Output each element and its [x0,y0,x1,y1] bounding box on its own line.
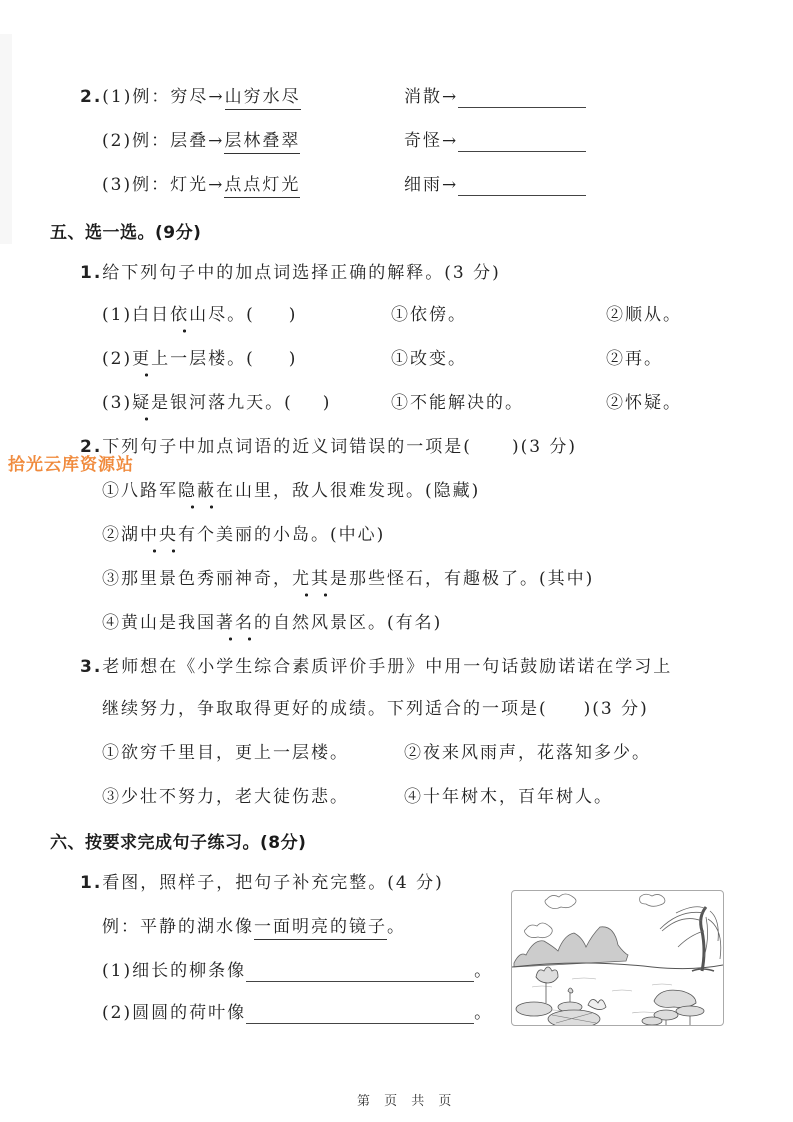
item-text: 白日 [132,305,170,325]
row-prefix: (1)例： [102,87,170,107]
source-word: 灯光 [170,175,208,195]
option-text: ②湖 [102,525,140,545]
s5-q2-option-4: ④黄山是我国著名的自然风景区。(有名) [102,612,442,642]
item-text: 是银河落九天。( [151,393,293,413]
idiom-row-3: (3)例：灯光→点点灯光 [102,174,300,196]
answer-blank[interactable] [458,177,586,196]
lake-scene-drawing [512,891,723,1025]
question-text: 下列句子中加点词语的近义词错误的一项是( [102,437,472,457]
s5-q2-option-2: ②湖中央有个美丽的小岛。(中心) [102,524,385,554]
example-idiom: 层林叠翠 [224,131,300,154]
question-text: 看图，照样子，把句子补充完整。(4 分) [102,873,443,893]
example-idiom: 山穷水尽 [225,87,301,110]
s5-q3-line-1: 3.老师想在《小学生综合素质评价手册》中用一句话鼓励诺诺在学习上 [80,656,672,678]
option-text: ④黄山是我国 [102,613,216,633]
dotted-word: 尤其 [292,568,330,598]
s5-q3-option-3: ③少壮不努力，老大徒伤悲。 [102,786,349,808]
arrow-icon: → [208,87,224,107]
s5-q2-prompt: 2.下列句子中加点词语的近义词错误的一项是()(3 分) [80,436,577,458]
question-number: 2. [80,87,102,107]
option-2: ②顺从。 [606,304,682,326]
paren-close: ) [289,305,298,325]
arrow-icon: → [442,131,458,151]
item-label: (3) [102,393,132,413]
idiom-task-2: 奇怪→ [404,130,586,152]
item-text: 山尽。( [189,305,255,325]
idiom-row-1: 2.(1)例：穷尽→山穷水尽 [80,86,301,108]
option-text: 有个美丽的小岛。(中心) [178,525,385,545]
paren-close: ) [323,393,332,413]
s6-example: 例：平静的湖水像一面明亮的镜子。 [102,916,406,938]
option-2: ②怀疑。 [606,392,682,414]
period: 。 [474,961,493,981]
s5-q2-option-1: ①八路军隐蔽在山里，敌人很难发现。(隐藏) [102,480,480,510]
s6-item-1: (1)细长的柳条像。 [102,960,493,982]
source-word: 层叠 [170,131,208,151]
option-2: ②再。 [606,348,663,370]
arrow-icon: → [442,175,458,195]
arrow-icon: → [208,131,224,151]
question-number: 1. [80,263,102,283]
item-prefix: (1)细长的柳条像 [102,961,246,981]
source-word: 穷尽 [170,87,208,107]
question-number: 1. [80,873,102,893]
answer-blank[interactable] [458,89,586,108]
section-6-title: 六、按要求完成句子练习。(8分) [50,828,306,853]
row-prefix: (3)例： [102,175,170,195]
item-prefix: (2)圆圆的荷叶像 [102,1003,246,1023]
task-word: 奇怪 [404,131,442,151]
s5-q3-option-2: ②夜来风雨声，花落知多少。 [404,742,651,764]
lake-scene-illustration [511,890,724,1026]
s6-item-2: (2)圆圆的荷叶像。 [102,1002,493,1024]
idiom-row-2: (2)例：层叠→层林叠翠 [102,130,300,152]
option-1: ①不能解决的。 [391,392,524,414]
idiom-task-3: 细雨→ [404,174,586,196]
question-number: 2. [80,437,102,457]
score-label: )(3 分) [584,699,649,719]
example-prefix: 例：平静的湖水像 [102,917,254,937]
answer-blank[interactable] [458,133,586,152]
option-text: 在山里，敌人很难发现。(隐藏) [216,481,480,501]
arrow-icon: → [208,175,224,195]
item-text: 上一层楼。( [151,349,255,369]
score-label: )(3 分) [512,437,577,457]
s5-q3-line-2: 继续努力，争取取得更好的成绩。下列适合的一项是()(3 分) [102,698,649,720]
paren-close: ) [289,349,298,369]
question-text: 继续努力，争取取得更好的成绩。下列适合的一项是( [102,699,548,719]
idiom-task-1: 消散→ [404,86,586,108]
dotted-word: 更 [132,348,151,378]
dotted-chars: 隐蔽 [178,480,216,510]
option-text: 是那些怪石，有趣极了。(其中) [330,569,594,589]
s5-q3-option-4: ④十年树木，百年树人。 [404,786,613,808]
s5-q3-option-1: ①欲穷千里目，更上一层楼。 [102,742,349,764]
option-text: ③那里景色秀丽神奇， [102,569,292,589]
dotted-word: 中央 [140,524,178,554]
s6-q1-prompt: 1.看图，照样子，把句子补充完整。(4 分) [80,872,444,894]
option-text: ①八路军 [102,481,178,501]
question-text: 老师想在《小学生综合素质评价手册》中用一句话鼓励诺诺在学习上 [102,657,672,677]
dotted-word: 隐蔽 [178,481,216,501]
task-word: 细雨 [404,175,442,195]
item-label: (1) [102,305,132,325]
period: 。 [474,1003,493,1023]
s5-q1-item-1: (1)白日依山尽。() [102,304,297,334]
arrow-icon: → [442,87,458,107]
s5-q1-item-3: (3)疑是银河落九天。() [102,392,331,422]
task-word: 消散 [404,87,442,107]
dotted-word: 著名 [216,612,254,642]
item-label: (2) [102,349,132,369]
s5-q1-item-2: (2)更上一层楼。() [102,348,297,378]
question-text: 给下列句子中的加点词选择正确的解释。(3 分) [102,263,500,283]
answer-blank[interactable] [246,1005,474,1024]
option-1: ①依傍。 [391,304,467,326]
example-idiom: 点点灯光 [224,175,300,198]
scan-edge-shade [0,34,12,244]
section-5-title: 五、选一选。(9分) [50,218,201,243]
s5-q2-option-3: ③那里景色秀丽神奇，尤其是那些怪石，有趣极了。(其中) [102,568,594,598]
period: 。 [387,917,406,937]
answer-blank[interactable] [246,963,474,982]
dotted-word: 疑 [132,392,151,422]
row-prefix: (2)例： [102,131,170,151]
dotted-word: 依 [170,304,189,334]
page-footer: 第 页 共 页 [357,1090,456,1109]
s5-q1-prompt: 1.给下列句子中的加点词选择正确的解释。(3 分) [80,262,501,284]
example-answer: 一面明亮的镜子 [254,917,387,940]
question-number: 3. [80,657,102,677]
option-1: ①改变。 [391,348,467,370]
option-text: 的自然风景区。(有名) [254,613,442,633]
